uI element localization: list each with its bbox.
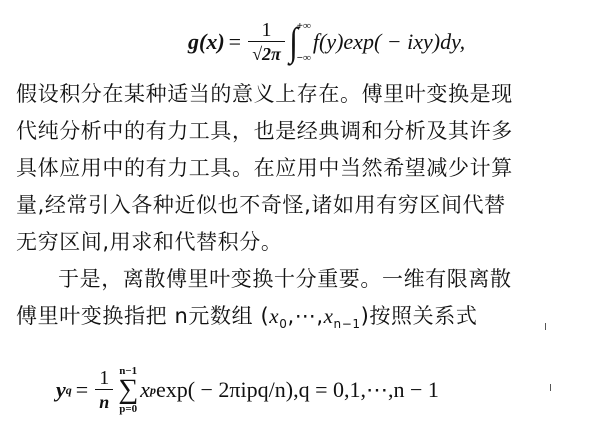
text-line: 无穷区间,用求和代替积分。 xyxy=(16,224,596,261)
sigma-icon: ∑ xyxy=(118,377,138,403)
fraction-denominator: √2π xyxy=(248,42,285,66)
integral: ∫ +∞ −∞ xyxy=(288,20,313,64)
text-line: 假设积分在某种适当的意义上存在。傅里叶变换是现 xyxy=(16,76,596,113)
fraction: 1 n xyxy=(95,367,113,414)
formula-rest: exp( − 2πipq/n),q = 0,1,⋯,n − 1 xyxy=(156,377,439,403)
integral-sign-icon: ∫ xyxy=(289,22,298,62)
summation: n−1 ∑ p=0 xyxy=(118,365,138,415)
term-var: x xyxy=(140,377,150,403)
scan-mark xyxy=(545,323,546,330)
text-segment: ,⋯, xyxy=(287,304,323,328)
equals-sign: = xyxy=(76,377,88,403)
paragraph-2: 于是，离散傅里叶变换十分重要。一维有限离散 傅里叶变换指把 n元数组 (x0,⋯… xyxy=(16,261,596,335)
fourier-transform-formula: g(x) = 1 √2π ∫ +∞ −∞ f(y)exp( − ixy)dy, xyxy=(0,12,607,72)
integrand: f(y)exp( − ixy)dy, xyxy=(313,29,465,55)
integral-upper-limit: +∞ xyxy=(297,20,311,32)
formula-lhs: y xyxy=(56,377,66,403)
lhs-subscript: q xyxy=(66,383,72,398)
text-line: 于是，离散傅里叶变换十分重要。一维有限离散 xyxy=(16,261,596,298)
text-line: 傅里叶变换指把 n元数组 (x0,⋯,xn−1)按照关系式 xyxy=(16,298,596,335)
fraction: 1 √2π xyxy=(248,19,285,66)
text-line: 量,经常引入各种近似也不奇怪,诸如用有穷区间代替 xyxy=(16,187,596,224)
math-var: x xyxy=(324,304,334,328)
fraction-numerator: 1 xyxy=(95,367,113,389)
text-line: 具体应用中的有力工具。在应用中当然希望减少计算 xyxy=(16,150,596,187)
scan-mark xyxy=(550,384,551,391)
fraction-numerator: 1 xyxy=(257,19,275,41)
sum-lower-limit: p=0 xyxy=(119,403,137,415)
paragraph-1: 假设积分在某种适当的意义上存在。傅里叶变换是现 代纯分析中的有力工具，也是经典调… xyxy=(16,76,596,261)
dft-formula: yq = 1 n n−1 ∑ p=0 xp exp( − 2πipq/n),q … xyxy=(0,360,607,420)
integral-limits: +∞ −∞ xyxy=(297,20,311,64)
fraction-denominator: n xyxy=(95,390,113,414)
formula-lhs: g(x) xyxy=(188,29,225,55)
math-var: x xyxy=(269,304,279,328)
math-subscript: n−1 xyxy=(334,317,361,331)
text-line: 代纯分析中的有力工具，也是经典调和分析及其许多 xyxy=(16,113,596,150)
text-segment: )按照关系式 xyxy=(361,304,478,328)
text-segment: 傅里叶变换指把 n元数组 ( xyxy=(16,304,269,328)
equals-sign: = xyxy=(229,29,241,55)
integral-lower-limit: −∞ xyxy=(297,52,311,64)
